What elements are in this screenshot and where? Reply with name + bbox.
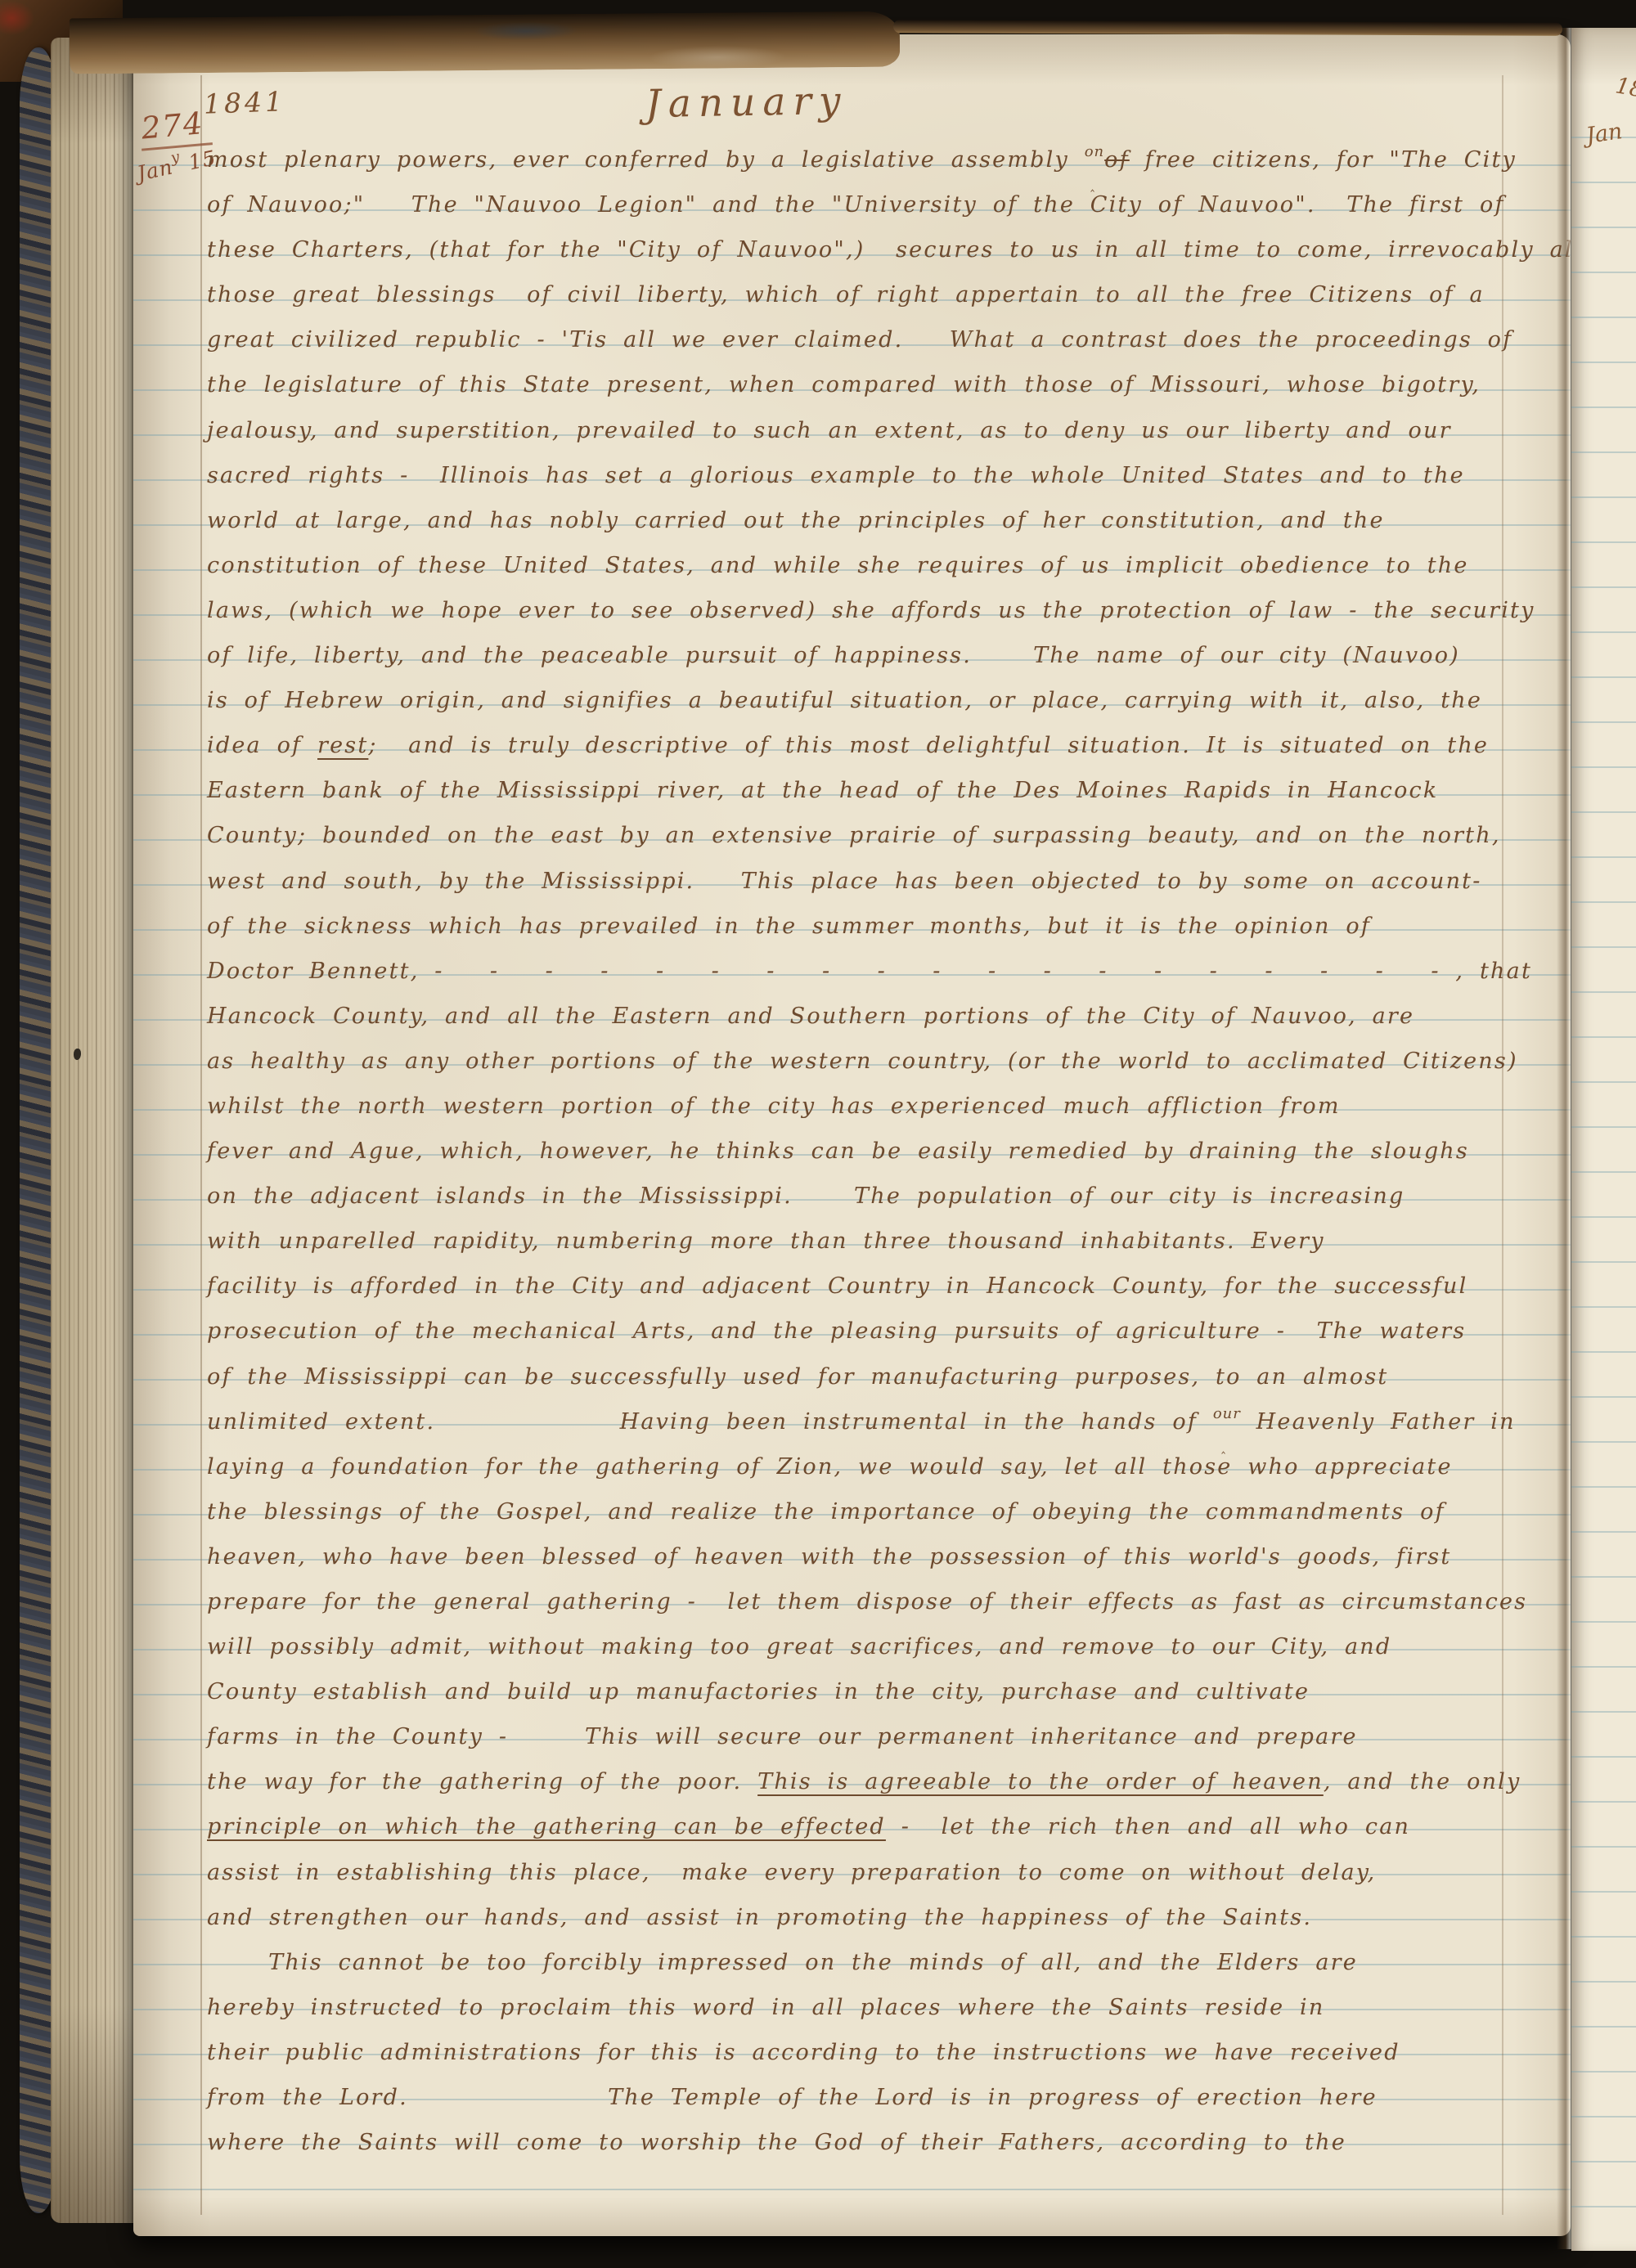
manuscript-line: unlimited extent. Having been instrument… bbox=[207, 1399, 1557, 1444]
manuscript-line: Hancock County, and all the Eastern and … bbox=[207, 994, 1557, 1039]
manuscript-line: on the adjacent islands in the Mississip… bbox=[207, 1174, 1557, 1219]
next-page-margin-fragment: Jan bbox=[1584, 119, 1624, 149]
inserted-word: our bbox=[1213, 1405, 1241, 1422]
inserted-word: y bbox=[169, 148, 182, 167]
manuscript-line: will possibly admit, without making too … bbox=[207, 1624, 1557, 1669]
book-top-edge bbox=[70, 11, 901, 74]
manuscript-line: sacred rights - Illinois has set a glori… bbox=[207, 453, 1557, 498]
inserted-word: on bbox=[1085, 143, 1104, 160]
manuscript-line: of life, liberty, and the peaceable purs… bbox=[207, 633, 1557, 678]
manuscript-line: as healthy as any other portions of the … bbox=[207, 1039, 1557, 1084]
underlined-text: rest bbox=[317, 733, 368, 758]
manuscript-line: these Charters, (that for the "City of N… bbox=[207, 227, 1557, 272]
manuscript-line: jealousy, and superstition, prevailed to… bbox=[207, 408, 1557, 453]
manuscript-line: world at large, and has nobly carried ou… bbox=[207, 498, 1557, 543]
page-edges-stack bbox=[51, 38, 142, 2223]
manuscript-line: with unparelled rapidity, numbering more… bbox=[207, 1219, 1557, 1264]
next-page-ruled-lines bbox=[1571, 93, 1636, 2243]
next-page-sliver: 18 Jan bbox=[1571, 28, 1636, 2251]
manuscript-line: whilst the north western portion of the … bbox=[207, 1084, 1557, 1129]
manuscript-line: is of Hebrew origin, and signifies a bea… bbox=[207, 678, 1557, 723]
underlined-text: principle on which the gathering can be … bbox=[207, 1814, 886, 1839]
manuscript-line: and strengthen our hands, and assist in … bbox=[207, 1895, 1557, 1940]
manuscript-line: of Nauvoo;" The "Nauvoo Legion" and the … bbox=[207, 182, 1557, 227]
next-page-year-fragment: 18 bbox=[1614, 73, 1636, 102]
manuscript-line: Doctor Bennett, - - - - - - - - - - - - … bbox=[207, 949, 1557, 994]
underlined-text: This is agreeable to the order of heaven bbox=[757, 1769, 1324, 1794]
manuscript-line: of the Mississippi can be successfully u… bbox=[207, 1354, 1557, 1399]
year-heading: 1841 bbox=[203, 85, 285, 119]
margin-date: Jany 15 bbox=[135, 146, 218, 186]
manuscript-line: hereby instructed to proclaim this word … bbox=[207, 1985, 1557, 2030]
manuscript-page: 274 1841 January Jany 15 most plenary po… bbox=[133, 34, 1571, 2236]
manuscript-line: Eastern bank of the Mississippi river, a… bbox=[207, 768, 1557, 813]
manuscript-line: where the Saints will come to worship th… bbox=[207, 2120, 1557, 2165]
left-margin-rule bbox=[200, 75, 202, 2215]
manuscript-line: laws, (which we hope ever to see observe… bbox=[207, 588, 1557, 633]
manuscript-line: of the sickness which has prevailed in t… bbox=[207, 904, 1557, 949]
manuscript-line: heaven, who have been blessed of heaven … bbox=[207, 1534, 1557, 1579]
manuscript-line: laying a foundation for the gathering of… bbox=[207, 1444, 1557, 1489]
manuscript-line: the way for the gathering of the poor. T… bbox=[207, 1759, 1557, 1804]
struck-word: of bbox=[1104, 147, 1130, 173]
manuscript-line: most plenary powers, ever conferred by a… bbox=[207, 137, 1557, 182]
manuscript-line: west and south, by the Mississippi. This… bbox=[207, 859, 1557, 904]
manuscript-line: prepare for the general gathering - let … bbox=[207, 1579, 1557, 1624]
manuscript-line: from the Lord. The Temple of the Lord is… bbox=[207, 2075, 1557, 2120]
manuscript-line: prosecution of the mechanical Arts, and … bbox=[207, 1309, 1557, 1354]
manuscript-line: those great blessings of civil liberty, … bbox=[207, 272, 1557, 317]
book-top-edge-thin bbox=[893, 20, 1562, 36]
page-number: 274 bbox=[138, 105, 213, 150]
manuscript-line: farms in the County - This will secure o… bbox=[207, 1714, 1557, 1759]
manuscript-line: fever and Ague, which, however, he think… bbox=[207, 1129, 1557, 1174]
manuscript-line: County establish and build up manufactor… bbox=[207, 1669, 1557, 1714]
scanned-manuscript-photo: { "document": { "page_number": "274", "y… bbox=[0, 0, 1636, 2268]
manuscript-line: facility is afforded in the City and adj… bbox=[207, 1264, 1557, 1309]
manuscript-line: great civilized republic - 'Tis all we e… bbox=[207, 317, 1557, 362]
manuscript-line: the legislature of this State present, w… bbox=[207, 362, 1557, 407]
manuscript-line: constitution of these United States, and… bbox=[207, 543, 1557, 588]
manuscript-line: This cannot be too forcibly impressed on… bbox=[207, 1940, 1557, 1985]
manuscript-line: assist in establishing this place, make … bbox=[207, 1850, 1557, 1895]
month-heading: January bbox=[645, 79, 848, 127]
manuscript-line: the blessings of the Gospel, and realize… bbox=[207, 1489, 1557, 1534]
manuscript-line: their public administrations for this is… bbox=[207, 2030, 1557, 2075]
body-lines: most plenary powers, ever conferred by a… bbox=[207, 137, 1557, 2165]
manuscript-line: principle on which the gathering can be … bbox=[207, 1804, 1557, 1849]
manuscript-line: County; bounded on the east by an extens… bbox=[207, 813, 1557, 858]
manuscript-line: idea of rest; and is truly descriptive o… bbox=[207, 723, 1557, 768]
page-fold-crease bbox=[1557, 28, 1573, 2249]
